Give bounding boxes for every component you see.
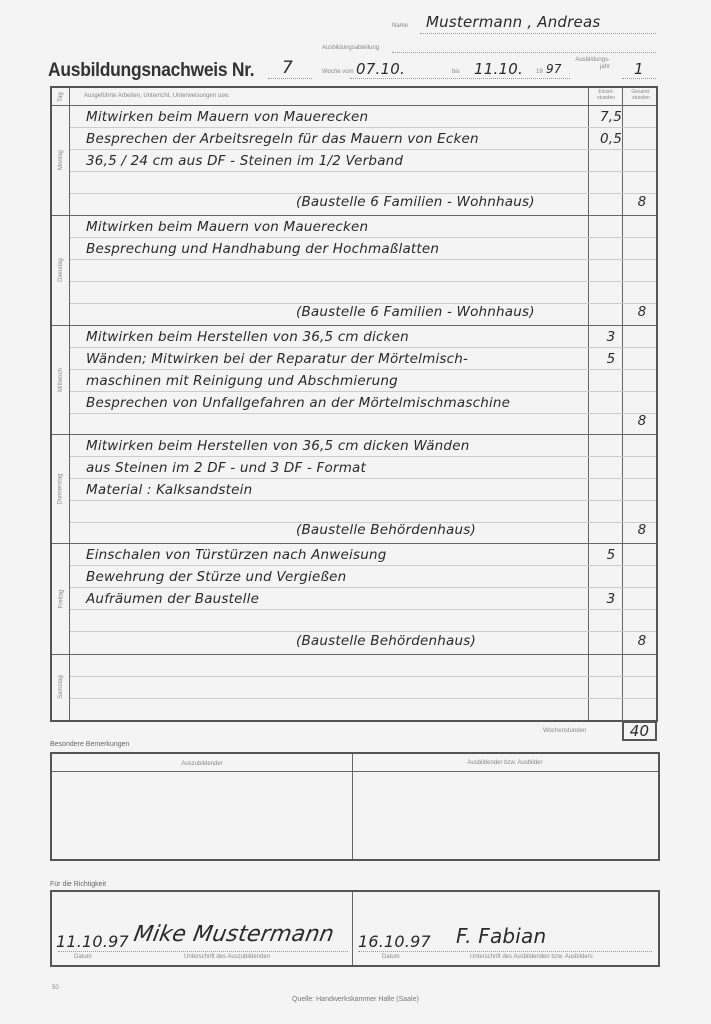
- activity-entry: Mitwirken beim Herstellen von 36,5 cm di…: [86, 438, 469, 454]
- ruled-line: [70, 391, 656, 392]
- entry-hours: 5: [598, 547, 624, 563]
- weekly-hours-label: Wochenstunden: [543, 728, 586, 734]
- title-text: Ausbildungsnachweis Nr.: [48, 60, 254, 81]
- trainer-sig-label: Unterschrift des Ausbildenden bzw. Ausbi…: [470, 954, 593, 960]
- day-label: Dienstag: [52, 215, 70, 325]
- name-label: Name: [392, 23, 408, 29]
- trainer-sig-line: [358, 951, 652, 952]
- trainer-signature: F. Fabian: [456, 924, 546, 948]
- department-underline: [392, 52, 656, 53]
- col-header-total: Gesamt-stunden: [624, 89, 658, 101]
- activity-entry: Mitwirken beim Mauern von Mauerecken: [86, 109, 368, 125]
- activity-entry: Einschalen von Türstürzen nach Anweisung: [86, 547, 387, 563]
- training-year-label: Ausbildungs-jahr: [568, 57, 610, 71]
- ruled-line: [70, 413, 656, 414]
- remarks-divider: [352, 754, 353, 859]
- page-title: Ausbildungsnachweis Nr.: [48, 60, 254, 82]
- ruled-line: [70, 369, 656, 370]
- activity-entry: Mitwirken beim Herstellen von 36,5 cm di…: [86, 329, 409, 345]
- training-year-value: 1: [634, 60, 644, 78]
- name-value: Mustermann , Andreas: [426, 13, 600, 31]
- ruled-line: [70, 281, 656, 282]
- construction-site: (Baustelle 6 Familien - Wohnhaus): [296, 304, 535, 320]
- remarks-trainee-field[interactable]: [56, 776, 348, 856]
- week-to-value: 11.10.: [474, 60, 523, 78]
- day-section-freitag: FreitagEinschalen von Türstürzen nach An…: [52, 543, 656, 654]
- ruled-line: [70, 347, 656, 348]
- col-header-day: Tag: [52, 88, 69, 106]
- day-total-hours: 8: [628, 633, 656, 649]
- ruled-line: [70, 127, 656, 128]
- weekly-hours-box: 40: [622, 721, 657, 741]
- ruled-line: [70, 587, 656, 588]
- activity-entry: Wänden; Mitwirken bei der Reparatur der …: [86, 351, 468, 367]
- day-total-hours: 8: [628, 194, 656, 210]
- ruled-line: [70, 478, 656, 479]
- trainer-date: 16.10.97: [358, 932, 431, 951]
- entry-hours: 7,5: [598, 109, 624, 125]
- trainee-sig-label: Unterschrift des Auszubildenden: [184, 954, 270, 960]
- signatures-title: Für die Richtigkeit: [50, 881, 106, 888]
- ruled-line: [70, 171, 656, 172]
- day-label: Donnerstag: [52, 434, 70, 543]
- day-total-hours: 8: [628, 413, 656, 429]
- activity-entry: Besprechung und Handhabung der Hochmaßla…: [86, 241, 439, 257]
- ruled-line: [70, 149, 656, 150]
- week-from-label: Woche vom: [322, 69, 354, 75]
- training-year-underline: [622, 78, 656, 79]
- source-note: Quelle: Handwerkskammer Halle (Saale): [292, 996, 419, 1003]
- week-from-value: 07.10.: [356, 60, 405, 78]
- ruled-line: [70, 631, 656, 632]
- trainee-signature: Mike Mustermann: [132, 922, 336, 947]
- day-section-samstag: Samstag: [52, 654, 656, 720]
- day-label: Samstag: [52, 654, 70, 720]
- remarks-trainer-field[interactable]: [358, 776, 654, 856]
- report-number: 7: [282, 58, 293, 78]
- remarks-header-line: [52, 771, 658, 772]
- ruled-line: [70, 456, 656, 457]
- entry-hours: 5: [598, 351, 624, 367]
- trainee-date: 11.10.97: [56, 932, 129, 951]
- trainer-date-label: Datum: [382, 954, 400, 960]
- day-label: Mittwoch: [52, 325, 70, 434]
- remarks-col-trainee: Auszubildender: [52, 761, 352, 767]
- weekly-hours-value: 40: [630, 722, 650, 740]
- activity-entry: aus Steinen im 2 DF - und 3 DF - Format: [86, 460, 366, 476]
- name-underline: [420, 33, 656, 34]
- activity-entry: 36,5 / 24 cm aus DF - Steinen im 1/2 Ver…: [86, 153, 403, 169]
- activity-entry: maschinen mit Reinigung und Abschmierung: [86, 373, 398, 389]
- page-mark: 50: [52, 985, 59, 991]
- col-header-activities: Ausgeführte Arbeiten, Unterricht, Unterw…: [84, 93, 230, 99]
- day-label: Freitag: [52, 543, 70, 654]
- entry-hours: 0,5: [598, 131, 624, 147]
- remarks-title: Besondere Bemerkungen: [50, 741, 129, 748]
- remarks-box: Auszubildender Ausbildender bzw. Ausbild…: [50, 752, 660, 861]
- activity-entry: Aufräumen der Baustelle: [86, 591, 259, 607]
- day-section-dienstag: DienstagMitwirken beim Mauern von Mauere…: [52, 215, 656, 325]
- trainee-sig-line: [58, 951, 348, 952]
- signatures-box: 11.10.97 Mike Mustermann Datum Unterschr…: [50, 890, 660, 967]
- activity-entry: Bewehrung der Stürze und Vergießen: [86, 569, 346, 585]
- remarks-col-trainer: Ausbildender bzw. Ausbilder: [352, 760, 658, 766]
- year-value: 97: [546, 62, 562, 76]
- ruled-line: [70, 565, 656, 566]
- day-label: Montag: [52, 105, 70, 215]
- construction-site: (Baustelle Behördenhaus): [296, 522, 476, 538]
- day-total-hours: 8: [628, 304, 656, 320]
- trainee-date-label: Datum: [74, 954, 92, 960]
- construction-site: (Baustelle Behördenhaus): [296, 633, 476, 649]
- day-total-hours: 8: [628, 522, 656, 538]
- day-section-mittwoch: MittwochMitwirken beim Herstellen von 36…: [52, 325, 656, 434]
- activity-table: Tag Ausgeführte Arbeiten, Unterricht, Un…: [50, 86, 658, 722]
- entry-hours: 3: [598, 329, 624, 345]
- department-label: Ausbildungsabteilung: [322, 45, 379, 51]
- week-underline: [350, 78, 570, 79]
- signatures-divider: [352, 892, 353, 965]
- ruled-line: [70, 259, 656, 260]
- col-header-hours: Einzel-stunden: [590, 89, 622, 101]
- activity-entry: Material : Kalksandstein: [86, 482, 252, 498]
- activity-entry: Besprechen der Arbeitsregeln für das Mau…: [86, 131, 479, 147]
- ruled-line: [70, 676, 656, 677]
- ruled-line: [70, 698, 656, 699]
- day-section-donnerstag: DonnerstagMitwirken beim Herstellen von …: [52, 434, 656, 543]
- document-page: Name Mustermann , Andreas Ausbildungsabt…: [0, 0, 711, 1024]
- activity-entry: Besprechen von Unfallgefahren an der Mör…: [86, 395, 510, 411]
- year-label: 19: [536, 69, 543, 75]
- entry-hours: 3: [598, 591, 624, 607]
- number-underline: [268, 78, 312, 79]
- day-section-montag: MontagMitwirken beim Mauern von Mauereck…: [52, 105, 656, 215]
- ruled-line: [70, 500, 656, 501]
- activity-entry: Mitwirken beim Mauern von Mauerecken: [86, 219, 368, 235]
- ruled-line: [70, 237, 656, 238]
- ruled-line: [70, 609, 656, 610]
- week-to-label: bis: [452, 69, 460, 75]
- construction-site: (Baustelle 6 Familien - Wohnhaus): [296, 194, 535, 210]
